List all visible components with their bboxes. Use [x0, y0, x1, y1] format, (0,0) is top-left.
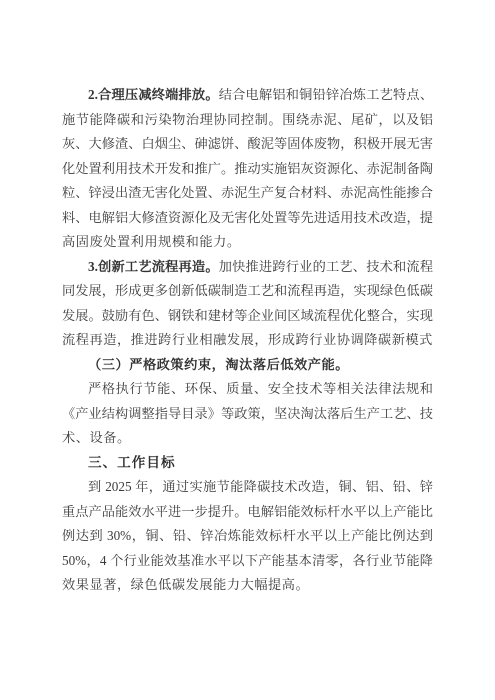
document-text-block: 2.合理压减终端排放。结合电解铝和铜铅锌冶炼工艺特点、实 施节能降碳和污染物治理… [62, 83, 433, 598]
text-line: 3.创新工艺流程再造。加快推进跨行业的工艺、技术和流程协 [62, 255, 433, 280]
paragraph-eliminate-backward-capacity: 严格执行节能、环保、质量、安全技术等相关法律法规和 《产业结构调整指导目录》等政… [62, 377, 433, 451]
paragraph-lead: 3.创新工艺流程再造。 [88, 259, 219, 274]
document-page: 2.合理压减终端排放。结合电解铝和铜铅锌冶炼工艺特点、实 施节能降碳和污染物治理… [0, 0, 495, 700]
subsection-heading-policy-constraints: （三）严格政策约束，淘汰落后低效产能。 [62, 353, 433, 378]
text-line: 效果显著，绿色低碳发展能力大幅提高。 [62, 573, 433, 598]
text-line: 施节能降碳和污染物治理协同控制。围绕赤泥、尾矿，以及铝 [62, 108, 433, 133]
text-line: 化处置利用技术开发和推广。推动实施铝灰资源化、赤泥制备陶 [62, 157, 433, 182]
paragraph-process-innovation: 3.创新工艺流程再造。加快推进跨行业的工艺、技术和流程协 同发展，形成更多创新低… [62, 255, 433, 353]
text-line: 重点产品能效水平进一步提升。电解铝能效标杆水平以上产能比 [62, 500, 433, 525]
text-line: 例达到 30%，铜、铅、锌冶炼能效标杆水平以上产能比例达到 [62, 524, 433, 549]
paragraph-2025-goals: 到 2025 年，通过实施节能降碳技术改造，铜、铝、铅、锌等 重点产品能效水平进… [62, 475, 433, 598]
text-line: 术、设备。 [62, 426, 433, 451]
paragraph-lead: 2.合理压减终端排放。 [88, 87, 219, 102]
text-line: 粒、锌浸出渣无害化处置、赤泥生产复合材料、赤泥高性能掺合 [62, 181, 433, 206]
text-line: 灰、大修渣、白烟尘、砷滤饼、酸泥等固体废物，积极开展无害 [62, 132, 433, 157]
text-line: 2.合理压减终端排放。结合电解铝和铜铅锌冶炼工艺特点、实 [62, 83, 433, 108]
text-line: 流程再造，推进跨行业相融发展，形成跨行业协调降碳新模式。 [62, 328, 433, 353]
text-line: 同发展，形成更多创新低碳制造工艺和流程再造，实现绿色低碳 [62, 279, 433, 304]
paragraph-reduce-terminal-emissions: 2.合理压减终端排放。结合电解铝和铜铅锌冶炼工艺特点、实 施节能降碳和污染物治理… [62, 83, 433, 255]
text-line: 到 2025 年，通过实施节能降碳技术改造，铜、铝、铅、锌等 [62, 475, 433, 500]
text-line: 发展。鼓励有色、钢铁和建材等企业间区域流程优化整合，实现 [62, 304, 433, 329]
text-line: 50%，4 个行业能效基准水平以下产能基本清零，各行业节能降碳 [62, 549, 433, 574]
text-line: 料、电解铝大修渣资源化及无害化处置等先进适用技术改造，提 [62, 206, 433, 231]
section-heading-work-goals: 三、工作目标 [62, 451, 433, 476]
text-line: 《产业结构调整指导目录》等政策，坚决淘汰落后生产工艺、技 [62, 402, 433, 427]
text-line: 高固废处置利用规模和能力。 [62, 230, 433, 255]
text-line: 严格执行节能、环保、质量、安全技术等相关法律法规和 [62, 377, 433, 402]
